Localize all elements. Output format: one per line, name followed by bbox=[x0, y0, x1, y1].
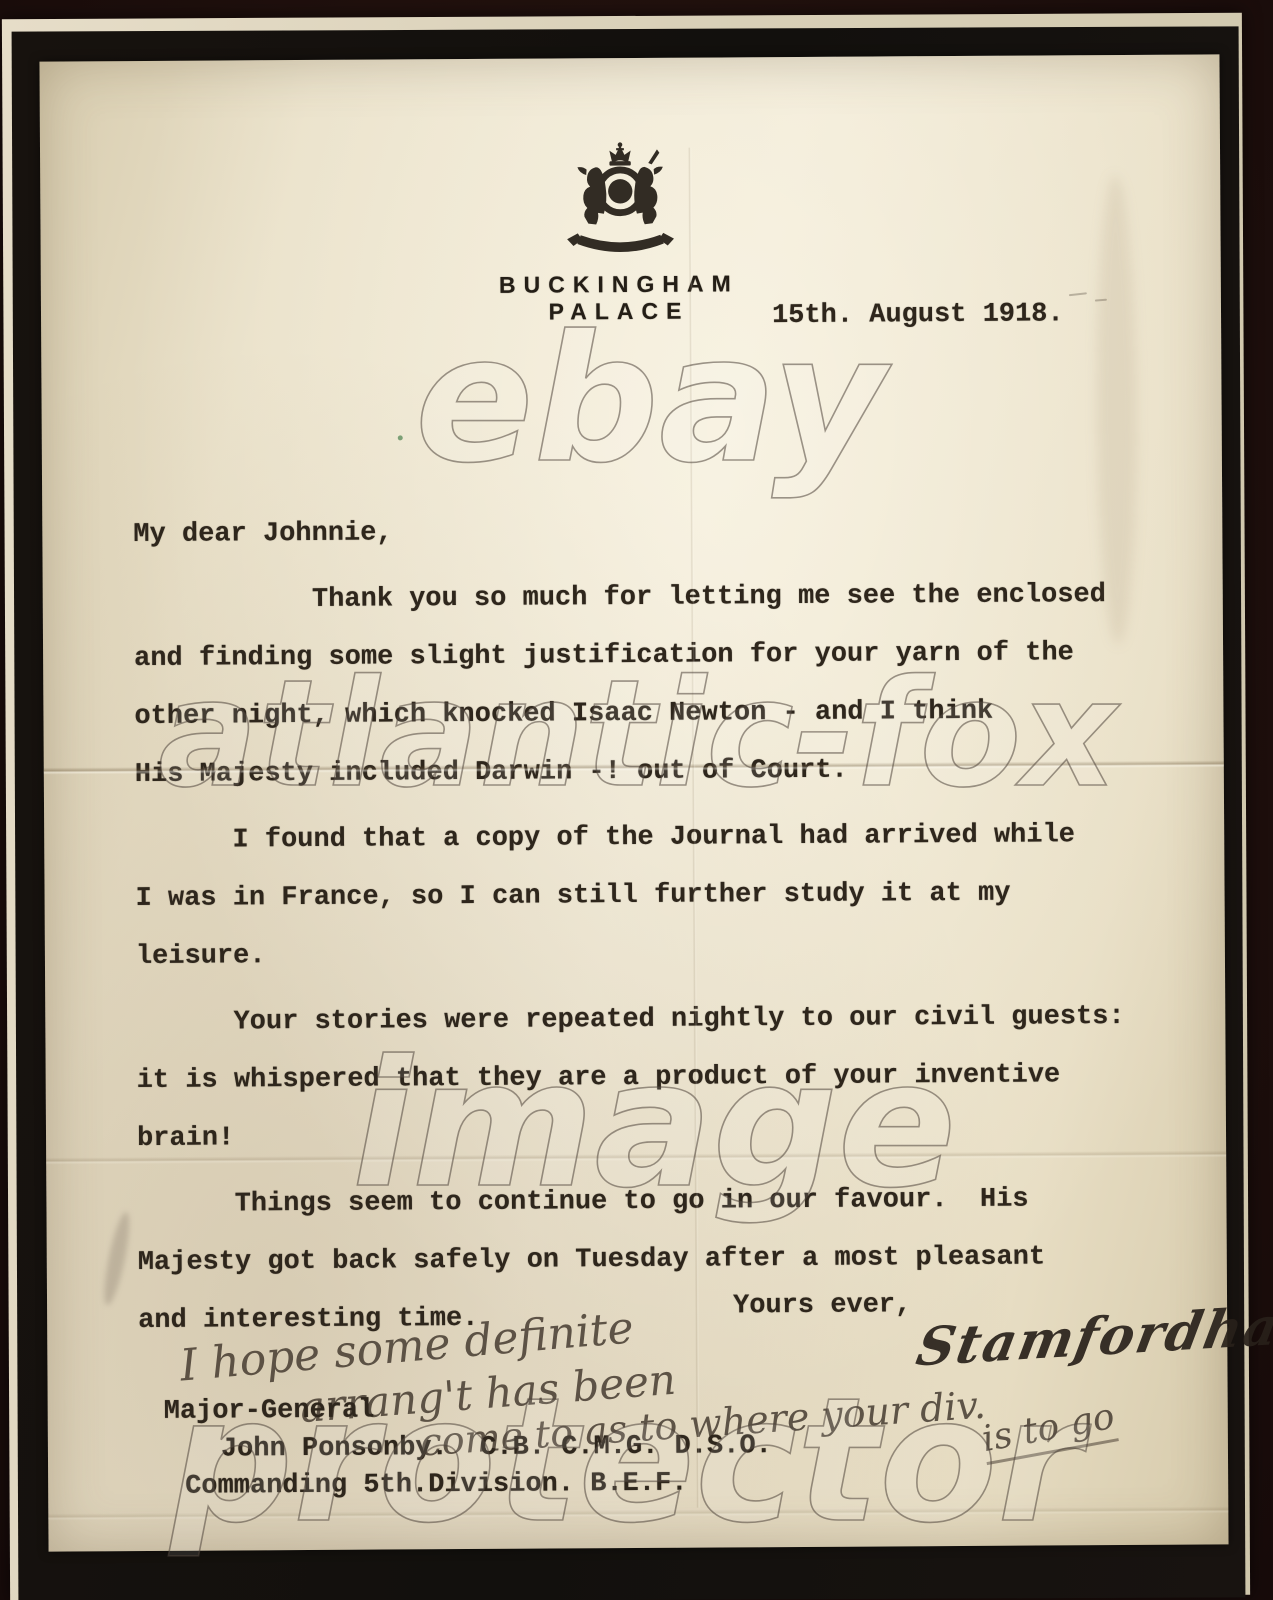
pencil-smudge bbox=[99, 1211, 134, 1307]
letter-body-line: Things seem to continue to go in our fav… bbox=[137, 1170, 1167, 1234]
letter-body-line: Majesty got back safely on Tuesday after… bbox=[138, 1228, 1168, 1292]
letter-body-line: leisure. bbox=[136, 922, 1166, 986]
letter-body: My dear Johnnie, Thank you so much for l… bbox=[133, 500, 1168, 1350]
letter-date: 15th. August 1918. bbox=[772, 299, 1064, 331]
paper-speck bbox=[398, 435, 403, 440]
letter-body-line: Your stories were repeated nightly to ou… bbox=[136, 988, 1166, 1052]
letter-body-line: and finding some slight justification fo… bbox=[134, 624, 1164, 688]
pencil-dash-marks bbox=[1069, 291, 1129, 307]
recipient-rank: Major-General bbox=[164, 1396, 375, 1427]
letter-body-line: it is whispered that they are a product … bbox=[137, 1046, 1167, 1110]
fold-crease bbox=[48, 1506, 1228, 1520]
letterhead-title: BUCKINGHAM PALACE bbox=[464, 270, 774, 326]
royal-coat-of-arms-icon bbox=[552, 136, 689, 265]
letter-body-line: brain! bbox=[137, 1104, 1167, 1168]
letter-body-line: My dear Johnnie, bbox=[133, 500, 1163, 564]
handwritten-note-line-4: is to go bbox=[979, 1396, 1119, 1465]
closing-valediction: Yours ever, bbox=[733, 1290, 911, 1321]
letter-body-line: I was in France, so I can still further … bbox=[135, 864, 1165, 928]
recipient-name: John Ponsonby. C.B. C.M.G. D.S.O. bbox=[221, 1431, 772, 1464]
letter-body-line: Thank you so much for letting me see the… bbox=[134, 566, 1164, 630]
letter-body-line: His Majesty included Darwin -! out of Co… bbox=[135, 740, 1165, 804]
letter-body-line: I found that a copy of the Journal had a… bbox=[135, 806, 1165, 870]
letter-body-line: other night, which knocked Isaac Newton … bbox=[134, 682, 1164, 746]
letter-page: BUCKINGHAM PALACE 15th. August 1918. My … bbox=[39, 54, 1228, 1551]
recipient-command: Commanding 5th.Division. B.E.F. bbox=[185, 1469, 687, 1502]
